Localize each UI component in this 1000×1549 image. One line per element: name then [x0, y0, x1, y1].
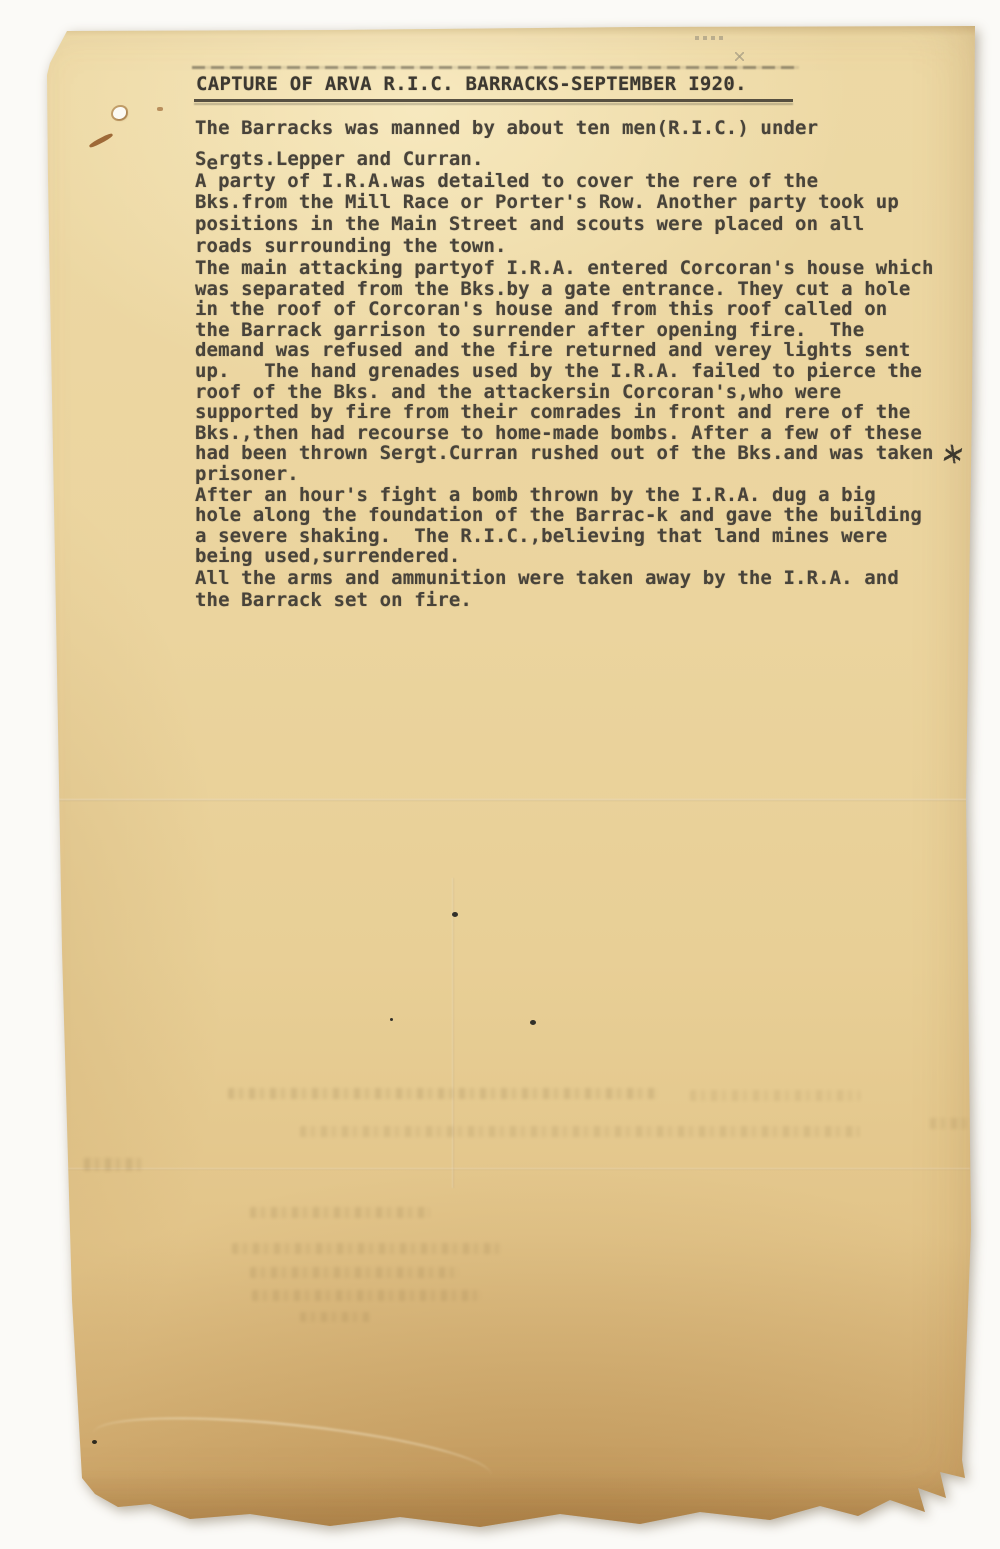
document-title: CAPTURE OF ARVA R.I.C. BARRACKS-SEPTEMBE… — [194, 74, 793, 102]
typed-line: roads surrounding the town. — [195, 236, 899, 258]
paragraph-garrison: The Barracks was manned by about ten men… — [195, 117, 818, 139]
typed-line: positions in the Main Street and scouts … — [195, 214, 899, 236]
typed-line: After an hour's fight a bomb thrown by t… — [195, 485, 961, 506]
typed-line: All the arms and ammunition were taken a… — [195, 568, 899, 590]
subscript-char: e — [207, 152, 219, 174]
typed-line: A party of I.R.A.was detailed to cover t… — [195, 171, 899, 193]
typed-line: roof of the Bks. and the attackersin Cor… — [195, 382, 961, 403]
typed-line: being used,surrendered. — [195, 546, 961, 567]
typed-line: prisoner. — [195, 464, 961, 485]
typed-line: hole along the foundation of the Barrac-… — [195, 505, 961, 526]
typed-line: in the roof of Corcoran's house and from… — [195, 299, 961, 320]
typed-line: demand was refused and the fire returned… — [195, 340, 961, 361]
struck-out-character — [944, 444, 963, 465]
typed-line: up. The hand grenades used by the I.R.A.… — [195, 361, 961, 382]
paragraph-main-attack: The main attacking partyof I.R.A. entere… — [195, 258, 961, 567]
document-content: CAPTURE OF ARVA R.I.C. BARRACKS-SEPTEMBE… — [0, 0, 1000, 1549]
typed-line: The Barracks was manned by about ten men… — [195, 117, 818, 139]
typed-line: had been thrown Sergt.Curran rushed out … — [195, 443, 961, 464]
paragraph-ira-positions: Sergts.Lepper and Curran.A party of I.R.… — [195, 149, 899, 258]
typed-line: Bks.from the Mill Race or Porter's Row. … — [195, 192, 899, 214]
paragraph-aftermath: All the arms and ammunition were taken a… — [195, 568, 899, 611]
typed-line: the Barrack set on fire. — [195, 590, 899, 612]
typed-line: a severe shaking. The R.I.C.,believing t… — [195, 526, 961, 547]
typed-line: Sergts.Lepper and Curran. — [195, 149, 899, 171]
typed-line: The main attacking partyof I.R.A. entere… — [195, 258, 961, 279]
typed-line: was separated from the Bks.by a gate ent… — [195, 279, 961, 300]
typed-line: supported by fire from their comrades in… — [195, 402, 961, 423]
typed-line: the Barrack garrison to surrender after … — [195, 320, 961, 341]
typed-line: Bks.,then had recourse to home-made bomb… — [195, 423, 961, 444]
